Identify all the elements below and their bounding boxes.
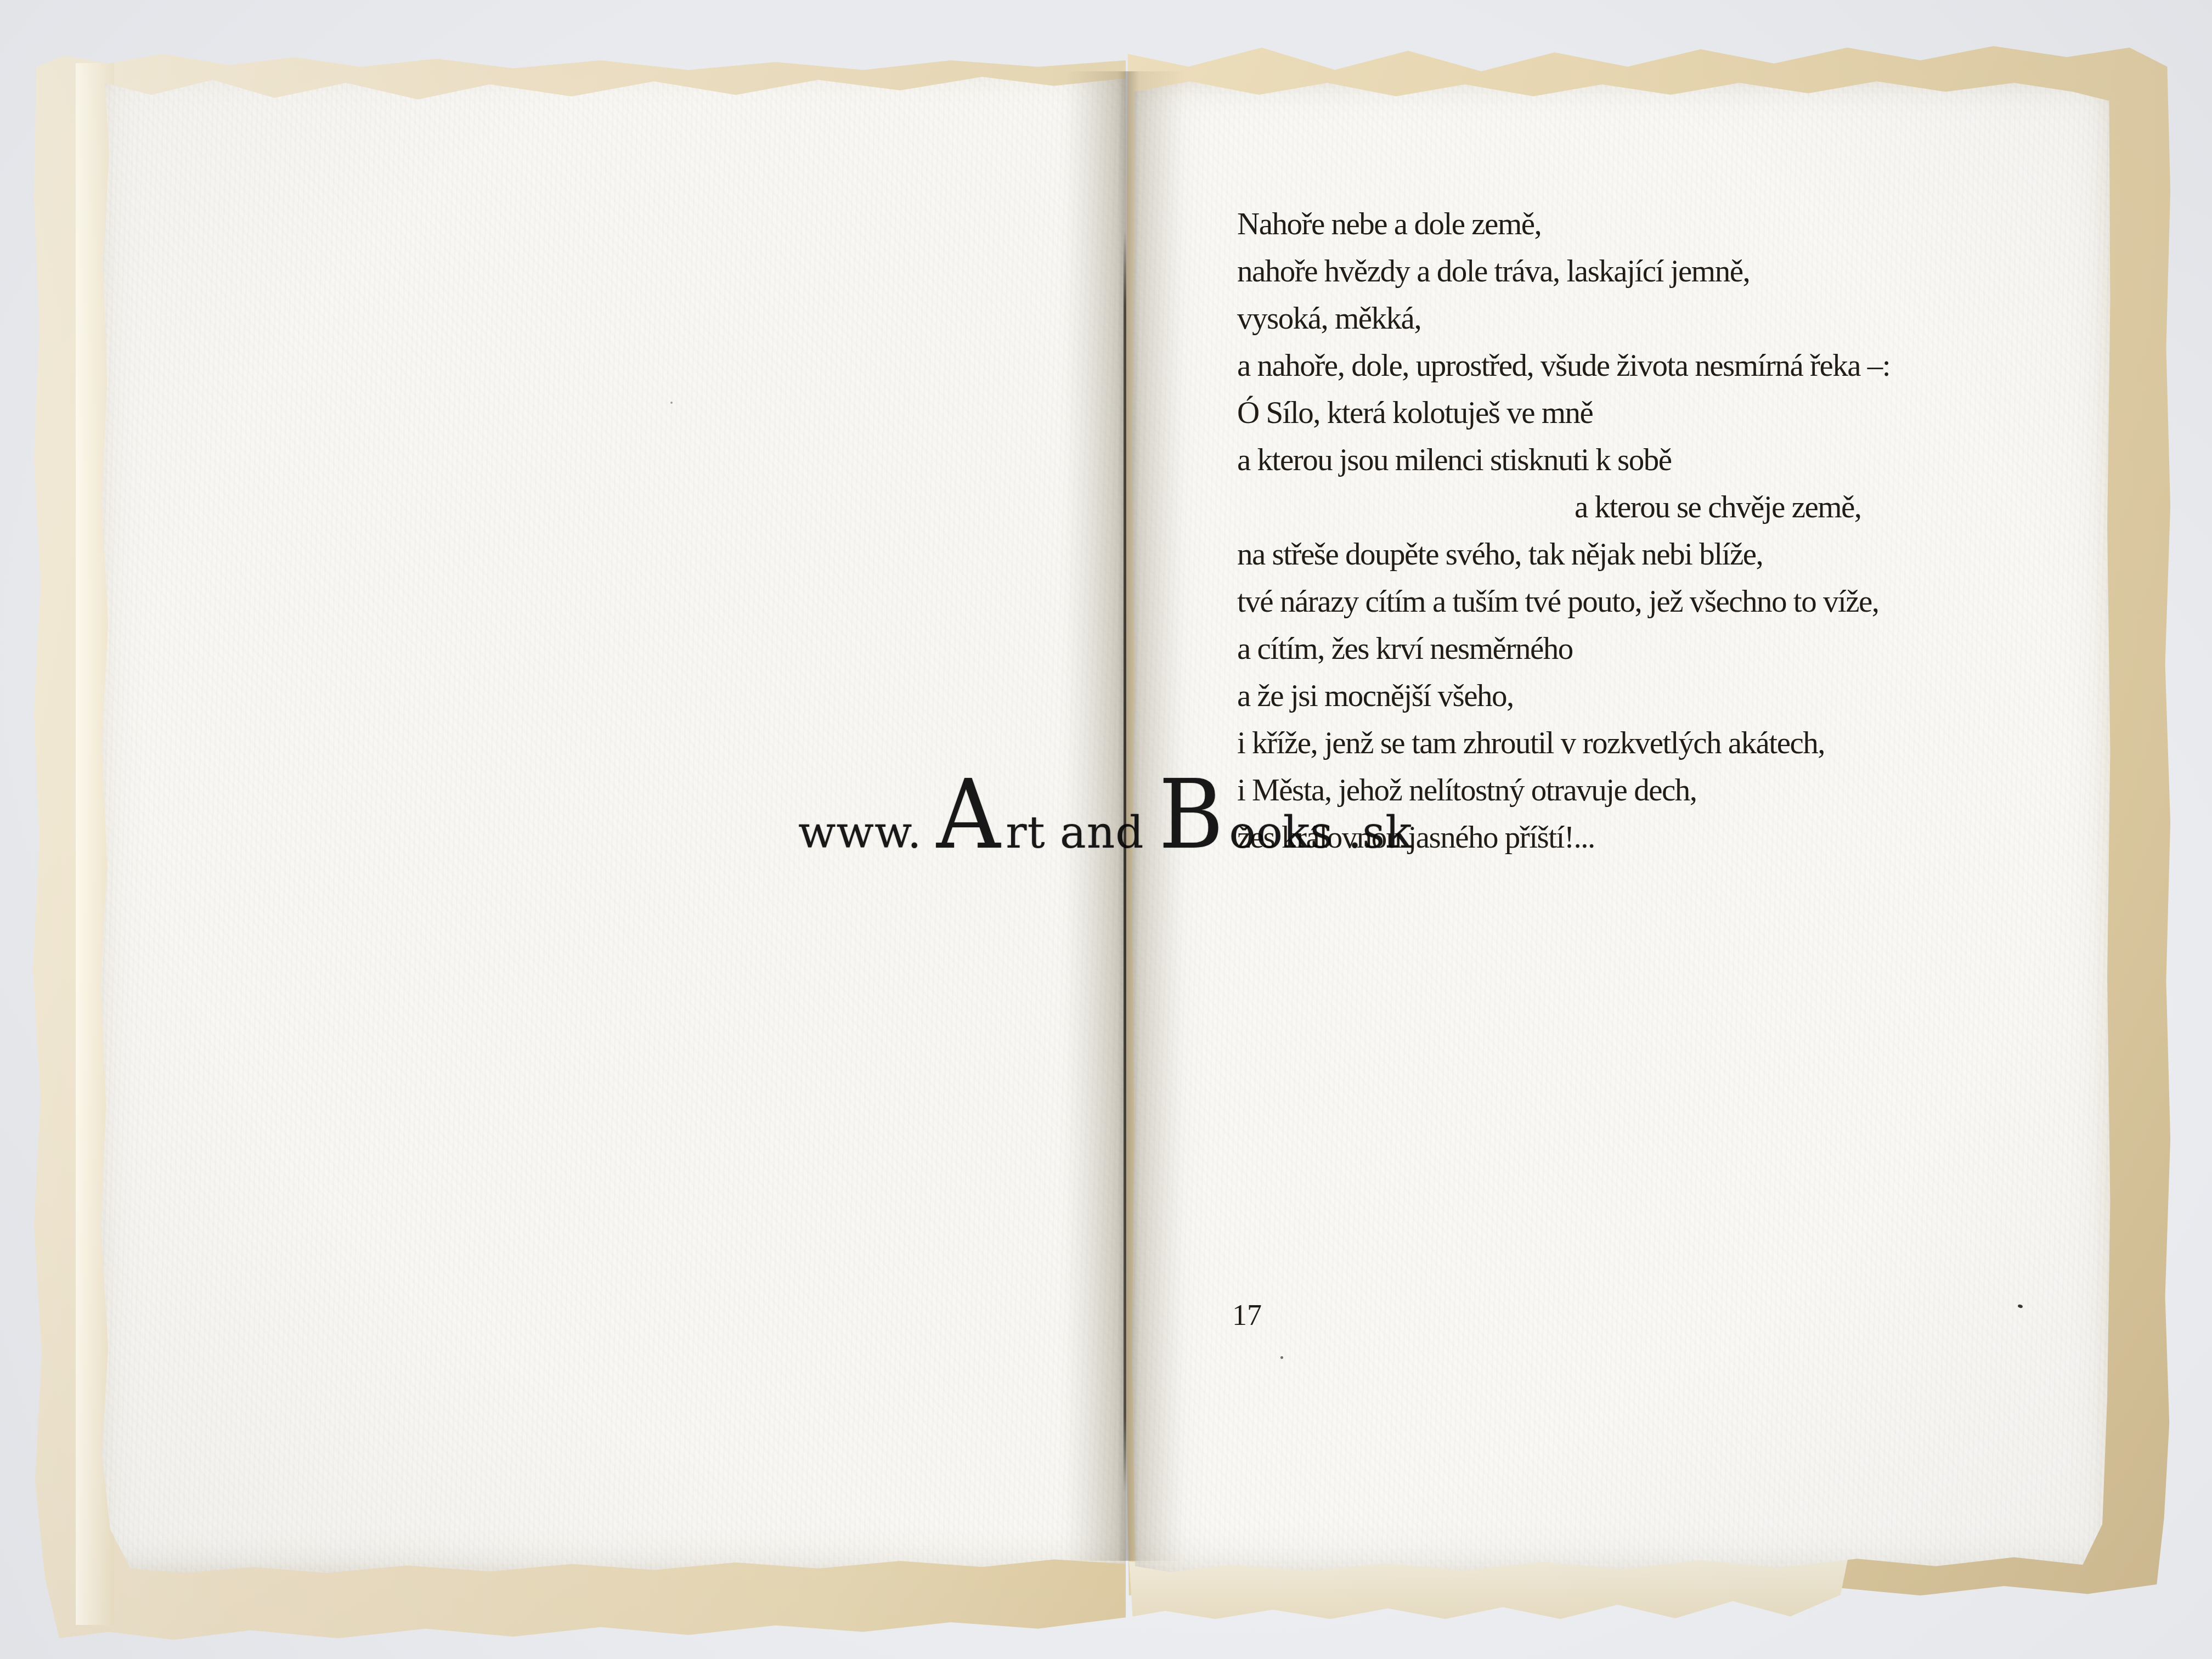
watermark-rt-and: rt and — [1006, 811, 1159, 855]
poem-line: na střeše doupěte svého, tak nějak nebi … — [1237, 531, 2115, 578]
poem-line: a že jsi mocnější všeho, — [1237, 673, 2115, 720]
poem-line: a nahoře, dole, uprostřed, všude života … — [1237, 342, 2115, 390]
poem-text-block: Nahoře nebe a dole země, nahoře hvězdy a… — [1237, 201, 2115, 861]
poem-line: Ó Sílo, která kolotuješ ve mně — [1237, 390, 2115, 437]
paper-speck — [1280, 1356, 1283, 1359]
photo-of-open-book: Nahoře nebe a dole země, nahoře hvězdy a… — [0, 0, 2212, 1659]
poem-line: a kterou jsou milenci stisknuti k sobě — [1237, 437, 2115, 484]
poem-line: Nahoře nebe a dole země, — [1237, 201, 2115, 248]
watermark-capital-b: B — [1159, 767, 1223, 863]
watermark-text: www. Art and Books .sk — [798, 767, 1413, 863]
poem-line-indented: a kterou se chvěje země, — [1237, 484, 2115, 531]
page-number: 17 — [1232, 1298, 1262, 1332]
poem-line: i kříže, jenž se tam zhroutil v rozkvetl… — [1237, 720, 2115, 767]
paper-speck — [670, 402, 673, 404]
poem-line: vysoká, měkká, — [1237, 295, 2115, 342]
poem-line: nahoře hvězdy a dole tráva, laskající je… — [1237, 248, 2115, 295]
watermark-ooks-sk: ooks .sk — [1229, 811, 1412, 855]
watermark-capital-a: A — [936, 767, 1000, 863]
watermark-www: www. — [798, 811, 936, 855]
poem-line: a cítím, žes krví nesměrného — [1237, 625, 2115, 673]
poem-line: tvé nárazy cítím a tuším tvé pouto, jež … — [1237, 578, 2115, 625]
